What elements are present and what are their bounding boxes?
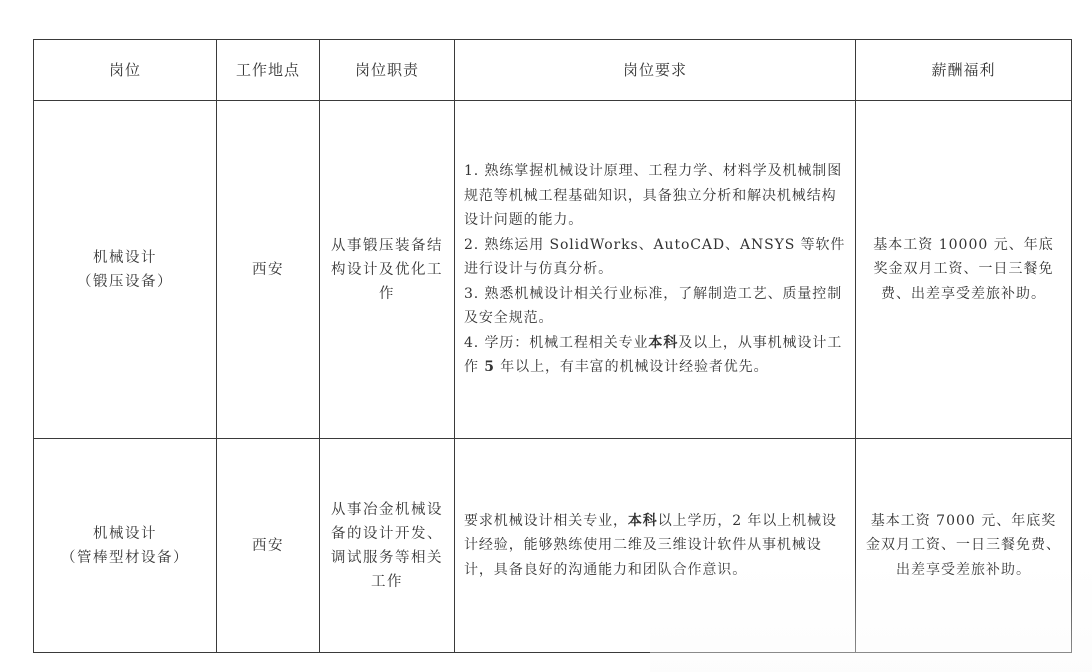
job-table-container: 岗位 工作地点 岗位职责 岗位要求 薪酬福利 机械设计 （锻压设备） 西安 从事… [33, 39, 1072, 653]
requirements-cell: 1. 熟练掌握机械设计原理、工程力学、材料学及机械制图规范等机械工程基础知识，具… [455, 101, 856, 439]
benefits-cell: 基本工资 7000 元、年底奖金双月工资、一日三餐免费、出差享受差旅补助。 [856, 439, 1072, 653]
location-cell: 西安 [217, 439, 320, 653]
header-benefits: 薪酬福利 [856, 40, 1072, 101]
req4-degree: 本科 [648, 335, 678, 351]
requirement-item: 1. 熟练掌握机械设计原理、工程力学、材料学及机械制图规范等机械工程基础知识，具… [464, 159, 847, 233]
header-location: 工作地点 [217, 40, 320, 101]
req4-text: 年以上，有丰富的机械设计经验者优先。 [495, 359, 769, 375]
post-title: 机械设计 [42, 246, 208, 270]
benefits-cell: 基本工资 10000 元、年底奖金双月工资、一日三餐免费、出差享受差旅补助。 [856, 101, 1072, 439]
table-row: 机械设计 （锻压设备） 西安 从事锻压装备结构设计及优化工作 1. 熟练掌握机械… [34, 101, 1072, 439]
duty-cell: 从事锻压装备结构设计及优化工作 [320, 101, 455, 439]
job-table: 岗位 工作地点 岗位职责 岗位要求 薪酬福利 机械设计 （锻压设备） 西安 从事… [33, 39, 1072, 653]
post-subtitle: （管棒型材设备） [42, 546, 208, 570]
header-row: 岗位 工作地点 岗位职责 岗位要求 薪酬福利 [34, 40, 1072, 101]
post-cell: 机械设计 （管棒型材设备） [34, 439, 217, 653]
post-cell: 机械设计 （锻压设备） [34, 101, 217, 439]
req4-text: 4. 学历：机械工程相关专业 [464, 335, 648, 351]
req4-years: 5 [484, 359, 495, 375]
post-title: 机械设计 [42, 522, 208, 546]
requirement-item: 3. 熟悉机械设计相关行业标准，了解制造工艺、质量控制及安全规范。 [464, 282, 847, 331]
header-duty: 岗位职责 [320, 40, 455, 101]
header-post: 岗位 [34, 40, 217, 101]
duty-cell: 从事冶金机械设备的设计开发、调试服务等相关工作 [320, 439, 455, 653]
requirements-cell: 要求机械设计相关专业，本科以上学历，2 年以上机械设计经验，能够熟练使用二维及三… [455, 439, 856, 653]
location-cell: 西安 [217, 101, 320, 439]
table-row: 机械设计 （管棒型材设备） 西安 从事冶金机械设备的设计开发、调试服务等相关工作… [34, 439, 1072, 653]
post-subtitle: （锻压设备） [42, 270, 208, 294]
req-text: 要求机械设计相关专业， [464, 513, 628, 529]
requirement-item: 2. 熟练运用 SolidWorks、AutoCAD、ANSYS 等软件进行设计… [464, 233, 847, 282]
requirement-item: 4. 学历：机械工程相关专业本科及以上，从事机械设计工作 5 年以上，有丰富的机… [464, 331, 847, 380]
req-degree: 本科 [628, 513, 658, 529]
header-requirements: 岗位要求 [455, 40, 856, 101]
